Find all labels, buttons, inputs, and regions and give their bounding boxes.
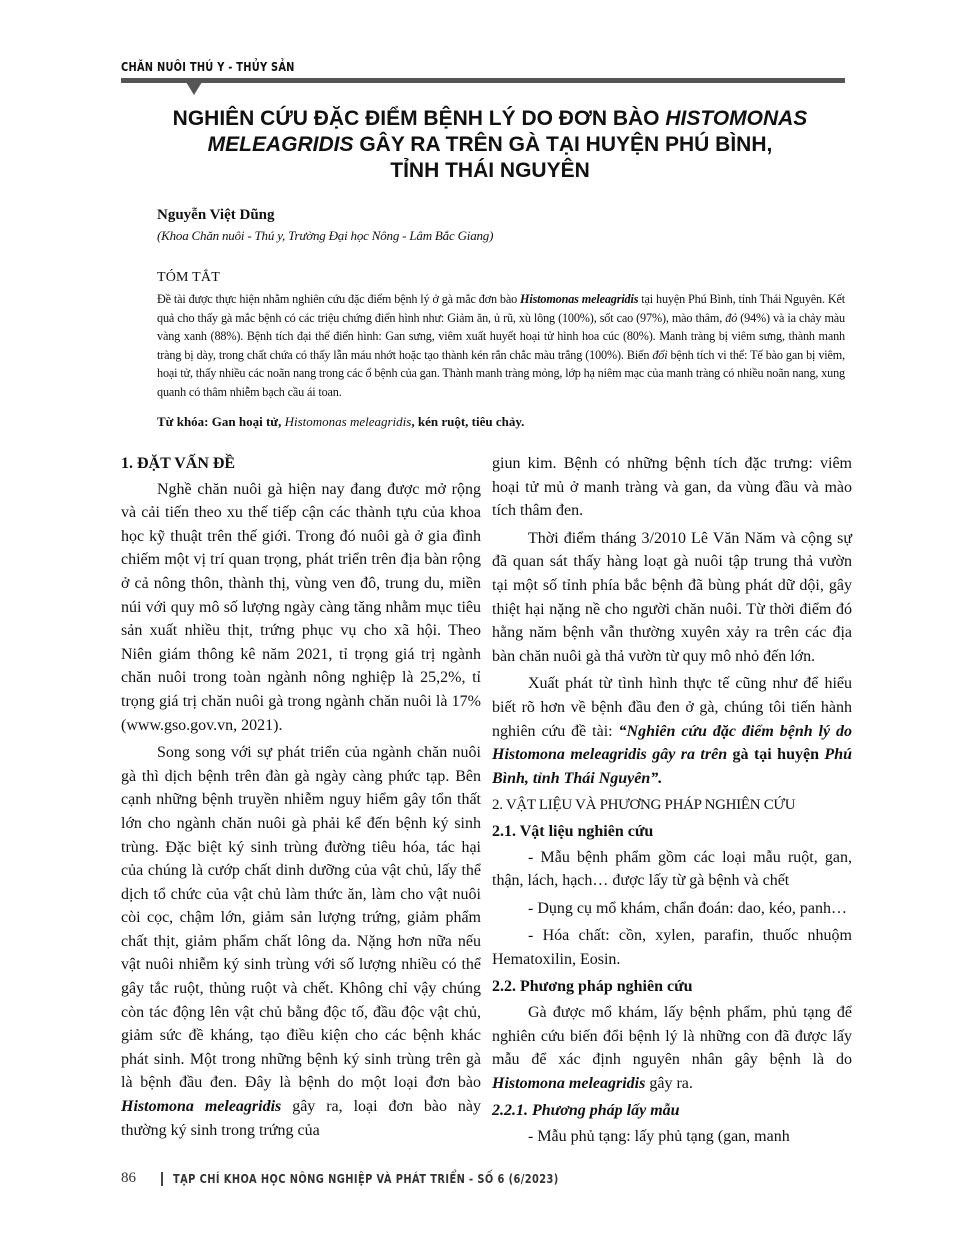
abstract-species-name: Histomonas meleagridis	[520, 292, 638, 306]
keywords-label: Từ khóa:	[157, 414, 212, 429]
page-footer: 86 TẠP CHÍ KHOA HỌC NÔNG NGHIỆP VÀ PHÁT …	[121, 1170, 643, 1187]
section-2-1-heading: 2.1. Vật liệu nghiên cứu	[492, 820, 852, 844]
keyword: Gan hoại tử,	[212, 414, 285, 429]
title-species-genus: HISTOMONAS	[665, 107, 807, 130]
title-part-1: NGHIÊN CỨU ĐẶC ĐIỂM BỆNH LÝ DO ĐƠN BÀO	[173, 107, 666, 130]
page-number: 86	[121, 1170, 161, 1187]
study-title-quote: gà tại huyện	[727, 746, 824, 763]
left-column: 1. ĐẶT VẤN ĐỀ Nghề chăn nuôi gà hiện nay…	[121, 452, 481, 1146]
paragraph-text: gây ra.	[645, 1075, 693, 1092]
section-label: CHĂN NUÔI THÚ Y - THỦY SẢN	[121, 60, 295, 74]
paragraph-text: Song song với sự phát triển của ngành ch…	[121, 744, 481, 1091]
intro-paragraph-2: Song song với sự phát triển của ngành ch…	[121, 741, 481, 1142]
section-2-heading: 2. VẬT LIỆU VÀ PHƯƠNG PHÁP NGHIÊN CỨU	[492, 794, 852, 818]
intro-paragraph-2-continued: giun kim. Bệnh có những bệnh tích đặc tr…	[492, 452, 852, 523]
article-title: NGHIÊN CỨU ĐẶC ĐIỂM BỆNH LÝ DO ĐƠN BÀO H…	[120, 106, 860, 184]
material-item-2: - Dụng cụ mổ khám, chẩn đoán: dao, kéo, …	[492, 897, 852, 921]
abstract-body: Đề tài được thực hiện nhằm nghiên cứu đặ…	[157, 290, 845, 402]
title-part-3: TỈNH THÁI NGUYÊN	[390, 159, 590, 182]
header-divider-bar	[121, 78, 845, 83]
keyword: , kén ruột, tiêu chảy.	[411, 414, 524, 429]
species-name: Histomona meleagridis	[492, 1075, 645, 1092]
journal-name: TẠP CHÍ KHOA HỌC NÔNG NGHIỆP VÀ PHÁT TRI…	[173, 1172, 559, 1186]
author-name: Nguyễn Việt Dũng	[157, 207, 275, 224]
author-affiliation: (Khoa Chăn nuôi - Thú y, Trường Đại học …	[157, 228, 493, 244]
header-notch-arrow-icon	[186, 82, 202, 95]
footer-separator	[161, 1172, 163, 1186]
section-header: CHĂN NUÔI THÚ Y - THỦY SẢN	[121, 60, 333, 74]
title-part-2: GÂY RA TRÊN GÀ TẠI HUYỆN PHÚ BÌNH,	[353, 133, 772, 156]
intro-paragraph-3: Thời điểm tháng 3/2010 Lê Văn Năm và cộn…	[492, 527, 852, 669]
species-name: Histomona meleagridis	[121, 1098, 281, 1115]
keyword-species: Histomonas meleagridis	[285, 414, 412, 429]
material-item-3: - Hóa chất: cồn, xylen, parafin, thuốc n…	[492, 924, 852, 971]
section-1-heading: 1. ĐẶT VẤN ĐỀ	[121, 452, 481, 476]
title-species-epithet: MELEAGRIDIS	[208, 133, 354, 156]
intro-paragraph-4: Xuất phát từ tình hình thực tế cũng như …	[492, 672, 852, 790]
section-2-2-heading: 2.2. Phương pháp nghiên cứu	[492, 975, 852, 999]
keywords: Từ khóa: Gan hoại tử, Histomonas meleagr…	[157, 414, 524, 430]
abstract-heading: TÓM TẮT	[157, 270, 220, 286]
material-item-1: - Mẫu bệnh phẩm gồm các loại mẫu ruột, g…	[492, 846, 852, 893]
method-paragraph: Gà được mổ khám, lấy bệnh phẩm, phủ tạng…	[492, 1001, 852, 1095]
sampling-item-1: - Mẫu phủ tạng: lấy phủ tạng (gan, manh	[492, 1125, 852, 1149]
abstract-italic: đỏ	[725, 311, 737, 325]
abstract-text: Đề tài được thực hiện nhằm nghiên cứu đặ…	[157, 292, 520, 306]
paragraph-text: Gà được mổ khám, lấy bệnh phẩm, phủ tạng…	[492, 1004, 852, 1068]
section-2-2-1-heading: 2.2.1. Phương pháp lấy mẫu	[492, 1099, 852, 1123]
abstract-italic: đổi	[652, 348, 667, 362]
right-column: giun kim. Bệnh có những bệnh tích đặc tr…	[492, 452, 852, 1153]
intro-paragraph-1: Nghề chăn nuôi gà hiện nay đang được mở …	[121, 478, 481, 738]
